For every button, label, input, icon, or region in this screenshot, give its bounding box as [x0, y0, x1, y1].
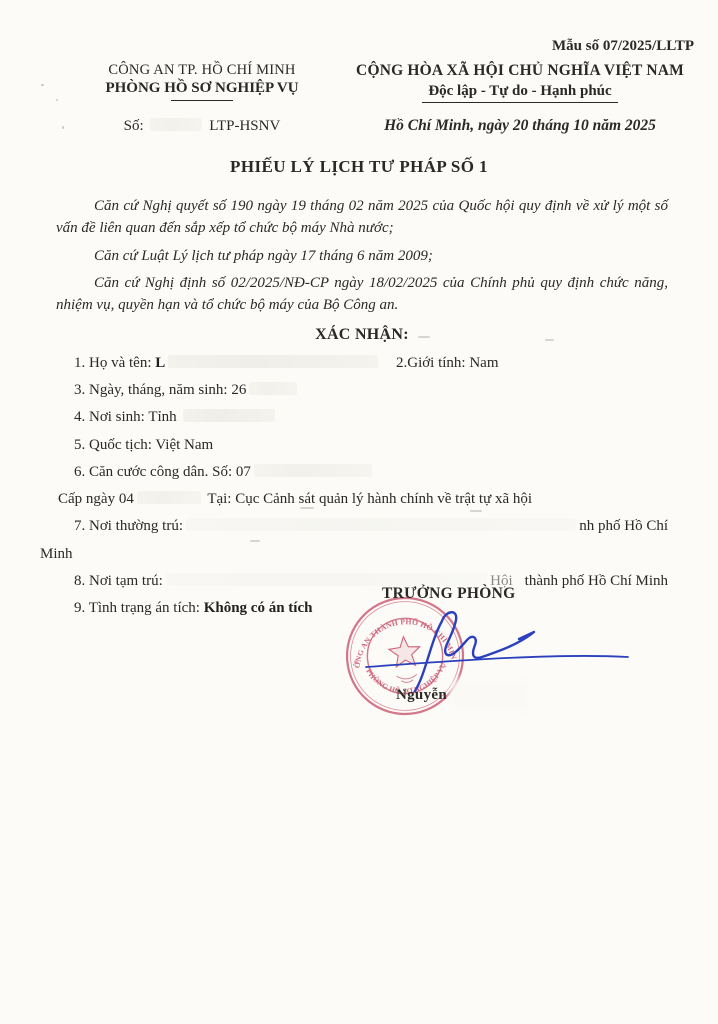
section-title-confirmation: XÁC NHẬN: [56, 323, 668, 346]
form-number: Mẫu số 07/2025/LLTP [552, 38, 694, 55]
field-full-name: 1. Họ và tên: L [74, 353, 396, 375]
issuing-agency-block: CÔNG AN TP. HỒ CHÍ MINH PHÒNG HỒ SƠ NGHI… [56, 62, 348, 103]
id-label: 6. Căn cước công dân. Số: [74, 464, 232, 480]
field-nationality: 5. Quốc tịch: Việt Nam [56, 435, 668, 457]
field-permanent-residence: 7. Nơi thường trú: nh phố Hồ Chí [56, 516, 668, 538]
place-dateline: Hồ Chí Minh, ngày 20 tháng 10 năm 2025 [348, 117, 692, 135]
issuing-agency-parent: CÔNG AN TP. HỒ CHÍ MINH [56, 62, 348, 79]
redaction-id-number [254, 464, 372, 477]
field-id-issue: Cấp ngày 04 Tại: Cục Cảnh sát quản lý hà… [56, 489, 668, 511]
scan-artifact [470, 510, 482, 512]
full-name-visible: L [155, 355, 165, 371]
scan-artifact [418, 336, 430, 338]
signatory-title: TRƯỞNG PHÒNG [382, 585, 515, 603]
field-place-of-birth: 4. Nơi sinh: Tỉnh [56, 407, 668, 429]
national-title: CỘNG HÒA XÃ HỘI CHỦ NGHĨA VIỆT NAM [348, 62, 692, 80]
criminal-record-value: Không có án tích [204, 600, 313, 616]
scan-artifact [62, 126, 64, 129]
scan-artifact [545, 339, 554, 341]
national-motto-block: CỘNG HÒA XÃ HỘI CHỦ NGHĨA VIỆT NAM Độc l… [348, 62, 692, 103]
permanent-residence-fragment: nh phố Hồ Chí [579, 516, 668, 538]
legal-citation-1: Căn cứ Nghị quyết số 190 ngày 19 tháng 0… [56, 196, 668, 240]
scan-artifact [300, 507, 314, 509]
redaction-issue-date [137, 491, 201, 504]
full-name-label: 1. Họ và tên: [74, 355, 151, 371]
pob-label: 4. Nơi sinh: Tỉnh [74, 409, 177, 425]
dob-label: 3. Ngày, tháng, năm sinh: [74, 382, 228, 398]
scan-artifact [41, 84, 44, 86]
temporary-residence-label: 8. Nơi tạm trú: [74, 571, 163, 593]
issue-date-prefix: Cấp ngày 04 [58, 491, 134, 507]
national-motto: Độc lập - Tự do - Hạnh phúc [422, 83, 617, 103]
criminal-record-label: 9. Tình trạng án tích: [74, 600, 200, 616]
document-number: Số: LTP-HSNV [56, 117, 348, 135]
permanent-residence-continuation: Minh [40, 544, 668, 566]
number-date-row: Số: LTP-HSNV Hồ Chí Minh, ngày 20 tháng … [56, 117, 692, 135]
document-number-label: Số: [124, 118, 144, 134]
signature-block: TRƯỞNG PHÒNG CÔNG AN THÀNH PHỐ HỒ CHÍ MI… [330, 583, 670, 733]
issue-place: Tại: Cục Cảnh sát quản lý hành chính về … [207, 491, 532, 507]
field-name-gender: 1. Họ và tên: L 2.Giới tính: Nam [56, 353, 668, 375]
scanned-document-page: Mẫu số 07/2025/LLTP CÔNG AN TP. HỒ CHÍ M… [0, 0, 718, 1024]
permanent-residence-label: 7. Nơi thường trú: [74, 516, 183, 538]
redaction-signer-name [454, 683, 526, 709]
scan-artifact [250, 540, 260, 542]
document-body: Căn cứ Nghị quyết số 190 ngày 19 tháng 0… [56, 196, 668, 625]
field-gender: 2.Giới tính: Nam [396, 353, 499, 375]
redaction-doc-number [150, 118, 202, 131]
scan-artifact [56, 99, 58, 101]
id-visible: 07 [236, 464, 251, 480]
dob-visible: 26 [231, 382, 246, 398]
field-id-card: 6. Căn cước công dân. Số: 07 [56, 462, 668, 484]
header-underline-left [171, 100, 233, 101]
redaction-permanent-residence [186, 518, 576, 531]
legal-citation-3: Căn cứ Nghị định số 02/2025/NĐ-CP ngày 1… [56, 273, 668, 317]
page-title: PHIẾU LÝ LỊCH TƯ PHÁP SỐ 1 [0, 157, 718, 177]
signer-name: Nguyễn [396, 687, 447, 704]
legal-citation-2: Căn cứ Luật Lý lịch tư pháp ngày 17 thán… [56, 246, 668, 268]
redaction-pob [183, 409, 275, 422]
document-header: CÔNG AN TP. HỒ CHÍ MINH PHÒNG HỒ SƠ NGHI… [56, 62, 692, 103]
issuing-agency-unit: PHÒNG HỒ SƠ NGHIỆP VỤ [56, 80, 348, 97]
redaction-full-name [168, 355, 378, 368]
redaction-dob [249, 382, 297, 395]
document-number-suffix: LTP-HSNV [209, 118, 280, 134]
field-date-of-birth: 3. Ngày, tháng, năm sinh: 26 [56, 380, 668, 402]
